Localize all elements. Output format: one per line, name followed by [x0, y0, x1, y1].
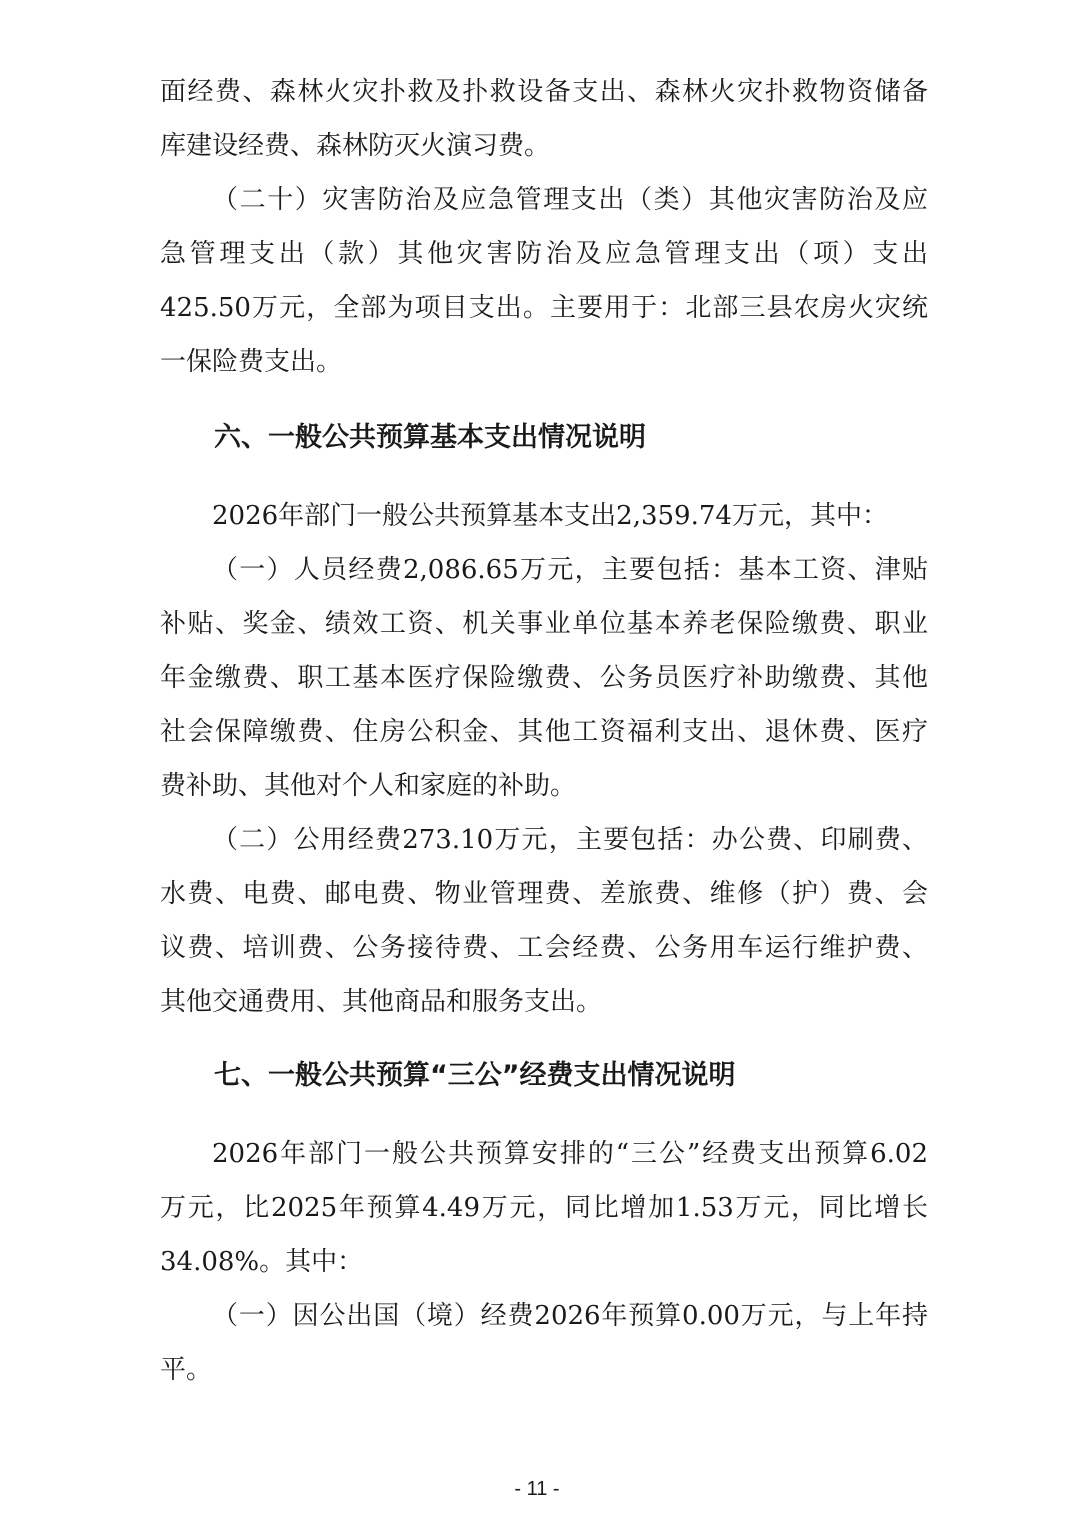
text-line: 库建设经费、森林防灭火演习费。: [160, 126, 928, 166]
text-line: 万元，比2025年预算4.49万元，同比增加1.53万元，同比增长: [160, 1188, 928, 1228]
text-line: 一保险费支出。: [160, 342, 928, 382]
text-line: 议费、培训费、公务接待费、工会经费、公务用车运行维护费、: [160, 928, 928, 968]
text-line: 社会保障缴费、住房公积金、其他工资福利支出、退休费、医疗: [160, 712, 928, 752]
text-line: （二十）灾害防治及应急管理支出（类）其他灾害防治及应: [212, 180, 928, 220]
text-line: 水费、电费、邮电费、物业管理费、差旅费、维修（护）费、会: [160, 874, 928, 914]
text-line: 急管理支出（款）其他灾害防治及应急管理支出（项）支出: [160, 234, 928, 274]
text-line: 34.08%。其中：: [160, 1242, 928, 1282]
text-line: 年金缴费、职工基本医疗保险缴费、公务员医疗补助缴费、其他: [160, 658, 928, 698]
text-line: 面经费、森林火灾扑救及扑救设备支出、森林火灾扑救物资储备: [160, 72, 928, 112]
text-line: （二）公用经费273.10万元，主要包括：办公费、印刷费、: [212, 820, 928, 860]
text-line: （一）因公出国（境）经费2026年预算0.00万元，与上年持: [212, 1296, 928, 1336]
text-line: 费补助、其他对个人和家庭的补助。: [160, 766, 928, 806]
text-line: 2026年部门一般公共预算安排的“三公”经费支出预算6.02: [212, 1134, 928, 1174]
section-heading: 六、一般公共预算基本支出情况说明: [214, 418, 646, 458]
section-heading: 七、一般公共预算“三公”经费支出情况说明: [214, 1056, 736, 1096]
text-line: 425.50万元，全部为项目支出。主要用于：北部三县农房火灾统: [160, 288, 928, 328]
page-number: - 11 -: [0, 1478, 1074, 1501]
text-line: 平。: [160, 1350, 928, 1390]
text-line: 补贴、奖金、绩效工资、机关事业单位基本养老保险缴费、职业: [160, 604, 928, 644]
text-line: 2026年部门一般公共预算基本支出2,359.74万元，其中：: [212, 496, 928, 536]
text-line: （一）人员经费2,086.65万元，主要包括：基本工资、津贴: [212, 550, 928, 590]
document-page: 面经费、森林火灾扑救及扑救设备支出、森林火灾扑救物资储备 库建设经费、森林防灭火…: [0, 0, 1074, 1520]
text-line: 其他交通费用、其他商品和服务支出。: [160, 982, 928, 1022]
